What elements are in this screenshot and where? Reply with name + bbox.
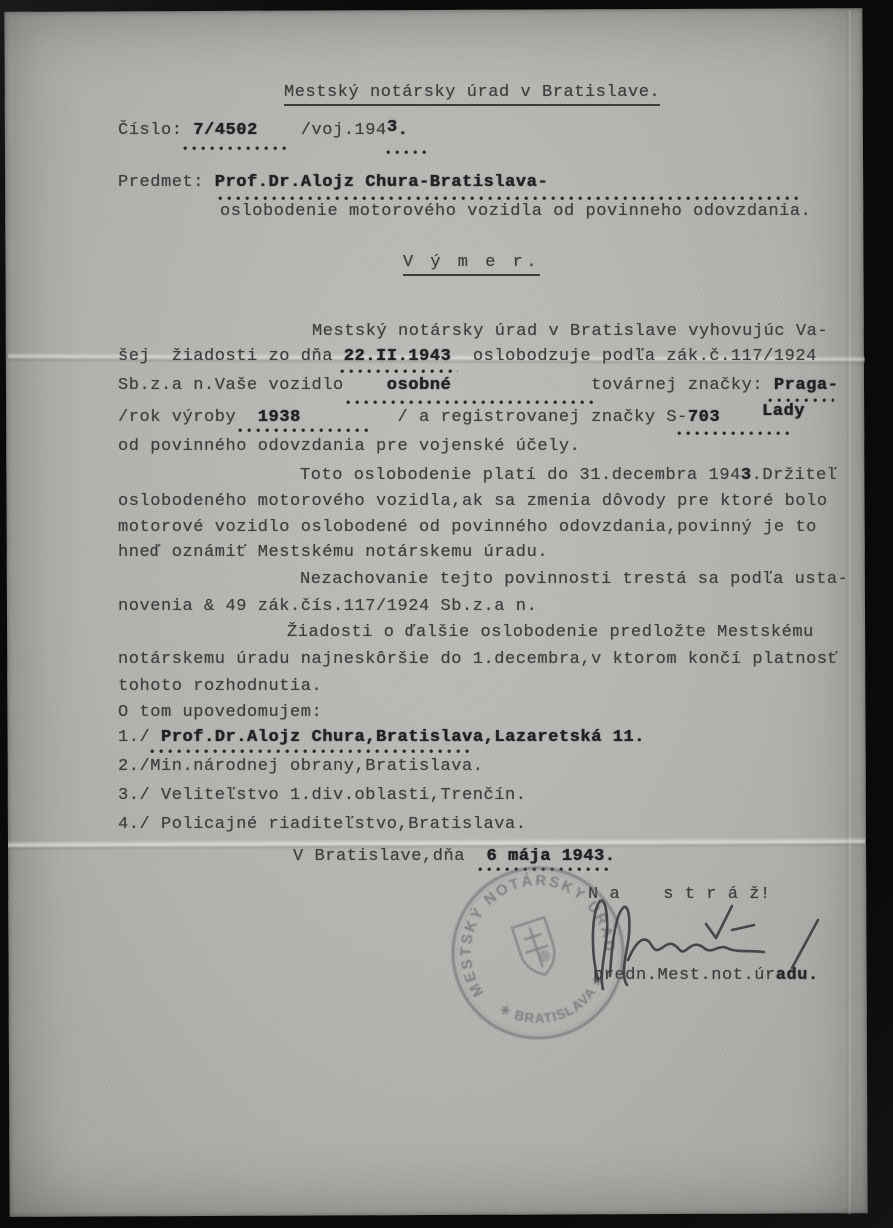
- cislo-mid: /voj.194: [258, 121, 387, 140]
- body-text: oslobodzuje podľa zák.č.117/1924: [451, 347, 817, 366]
- doc-title: Mestský notársky úrad v Bratislave.: [284, 82, 660, 104]
- body-line: motorové vozidlo oslobodené od povinného…: [118, 517, 817, 539]
- list-index: 1./: [118, 728, 161, 747]
- body-line: tohoto rozhodnutia.: [118, 676, 322, 698]
- scanned-document: Mestský notársky úrad v Bratislave. Čísl…: [0, 0, 893, 1228]
- predmet-label: Predmet:: [118, 173, 215, 192]
- filled-addressee: Prof.Dr.Alojz Chura,Bratislava,Lazaretsk…: [161, 728, 645, 747]
- predmet-line: Predmet: Prof.Dr.Alojz Chura-Bratislava-: [118, 172, 548, 194]
- body-text: /rok výroby: [118, 408, 258, 427]
- filled-vehicle-type: osobné: [387, 376, 452, 395]
- body-line: od povinného odovzdania pre vojenské úče…: [118, 436, 580, 458]
- body-line: Nezachovanie tejto povinnosti trestá sa …: [300, 569, 848, 591]
- notify-item-4: 4./ Policajné riaditeľstvo,Bratislava.: [118, 814, 527, 836]
- body-line: hneď oznámiť Mestskému notárskemu úradu.: [118, 542, 548, 564]
- cislo-line: Číslo: 7/4502 /voj.1943.: [118, 120, 408, 142]
- cislo-end: .: [398, 121, 409, 140]
- dotted-line: [238, 428, 370, 433]
- cislo-value2: 3: [387, 118, 398, 137]
- body-text: šej žiadosti zo dňa: [118, 347, 344, 366]
- cislo-label: Číslo:: [118, 121, 193, 140]
- dateline-place: V Bratislave,dňa: [293, 847, 487, 866]
- body-line: Mestský notársky úrad v Bratislave vyhov…: [312, 321, 828, 343]
- notify-intro: O tom upovedomujem:: [118, 702, 322, 724]
- body-line: oslobodeného motorového vozidla,ak sa zm…: [118, 491, 828, 513]
- body-line: Sb.z.a n.Vaše vozidlo osobné továrnej zn…: [118, 375, 838, 397]
- section-heading-text: V ý m e r.: [403, 253, 540, 276]
- dotted-line: [386, 150, 428, 155]
- predmet-line2: oslobodenie motorového vozidla od povinn…: [220, 201, 811, 223]
- body-line: Toto oslobodenie platí do 31.decembra 19…: [300, 465, 838, 487]
- body-line: Žiadosti o ďalšie oslobodenie predložte …: [287, 622, 814, 644]
- dotted-line: [677, 431, 791, 436]
- body-text: Sb.z.a n.Vaše vozidlo: [118, 376, 387, 395]
- notify-item-3: 3./ Veliteľstvo 1.div.oblasti,Trenčín.: [118, 785, 527, 807]
- body-text: .Držiteľ: [752, 466, 838, 485]
- signature-strokes: [576, 880, 828, 994]
- body-text: továrnej značky:: [451, 376, 774, 395]
- section-heading: V ý m e r.: [403, 252, 540, 274]
- dotted-line: [183, 146, 291, 151]
- filled-brand: Praga-: [774, 376, 839, 395]
- body-line: /rok výroby 1938 / a registrovanej značk…: [118, 407, 720, 429]
- dotted-line: [340, 369, 458, 374]
- filled-brand-line2: Lady: [762, 401, 805, 423]
- filled-brand2: Lady: [762, 402, 805, 421]
- cislo-value: 7/4502: [193, 121, 258, 140]
- dotted-line: [346, 400, 598, 405]
- filled-year: 1938: [258, 408, 301, 427]
- notify-item-2: 2./Min.národnej obrany,Bratislava.: [118, 756, 484, 778]
- body-line: notárskemu úradu najneskôršie do 1.decem…: [118, 649, 838, 671]
- body-line: novenia & 49 zák.čís.117/1924 Sb.z.a n.: [118, 596, 537, 618]
- filled-date: 22.II.1943: [344, 347, 452, 366]
- body-text: / a registrovanej značky S-: [301, 408, 688, 427]
- predmet-value: Prof.Dr.Alojz Chura-Bratislava-: [215, 173, 548, 192]
- doc-title-text: Mestský notársky úrad v Bratislave.: [284, 83, 660, 106]
- stamp-smudge: [537, 949, 552, 964]
- body-line: šej žiadosti zo dňa 22.II.1943 oslobodzu…: [118, 346, 817, 368]
- body-text: Toto oslobodenie platí do 31.decembra 19…: [300, 466, 741, 485]
- overstruck-digit: 3: [741, 466, 752, 485]
- signature: [576, 880, 828, 994]
- dotted-line: [150, 749, 470, 754]
- filled-plate: 703: [688, 408, 720, 427]
- stamp-coat-of-arms: [512, 917, 561, 980]
- notify-item-1: 1./ Prof.Dr.Alojz Chura,Bratislava,Lazar…: [118, 727, 645, 749]
